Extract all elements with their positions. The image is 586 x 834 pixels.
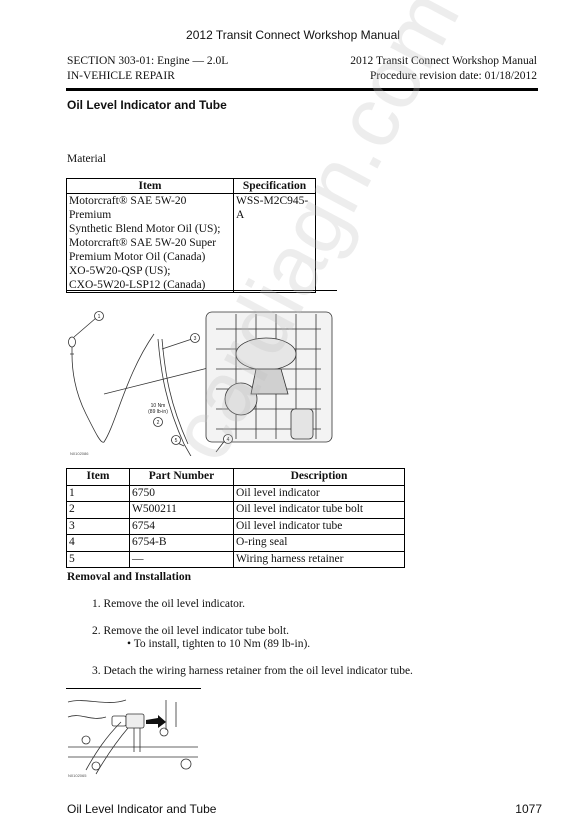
part-description: Oil level indicator (234, 485, 405, 502)
section-header: SECTION 303-01: Engine — 2.0L IN-VEHICLE… (67, 54, 228, 84)
item-number: 1 (67, 485, 130, 502)
table-row: 2 W500211 Oil level indicator tube bolt (67, 502, 405, 519)
table-header-row: Item Specification (67, 179, 316, 194)
item-number: 5 (67, 551, 130, 568)
material-item-line: Motorcraft® SAE 5W-20 Premium (69, 194, 231, 222)
figure-id: N0102065 (68, 773, 87, 778)
revision-date: Procedure revision date: 01/18/2012 (350, 69, 537, 84)
part-description: Wiring harness retainer (234, 551, 405, 568)
page-number: 1077 (515, 802, 542, 816)
material-table: Item Specification Motorcraft® SAE 5W-20… (66, 178, 316, 293)
material-item-line: XO-5W20-QSP (US); (69, 264, 231, 278)
step-3: 3. Detach the wiring harness retainer fr… (92, 665, 413, 677)
item-number: 2 (67, 502, 130, 519)
parts-table: Item Part Number Description 1 6750 Oil … (66, 468, 405, 568)
part-description: Oil level indicator tube (234, 518, 405, 535)
material-specification: WSS-M2C945-A (234, 194, 316, 293)
step-2: 2. Remove the oil level indicator tube b… (92, 625, 289, 637)
callout-1: 1 (98, 314, 101, 320)
item-number: 4 (67, 535, 130, 552)
step-1: 1. Remove the oil level indicator. (92, 598, 245, 610)
part-description: Oil level indicator tube bolt (234, 502, 405, 519)
column-header: Item (67, 469, 130, 486)
header-divider (66, 88, 538, 91)
table-row: 3 6754 Oil level indicator tube (67, 518, 405, 535)
table-row: 5 — Wiring harness retainer (67, 551, 405, 568)
torque-value-imperial: (89 lb-in) (148, 409, 168, 415)
step-2-note: • To install, tighten to 10 Nm (89 lb-in… (127, 638, 310, 650)
material-item: Motorcraft® SAE 5W-20 Premium Synthetic … (67, 194, 234, 293)
engine-oil-indicator-illustration: 1 2 3 4 5 10 Nm (89 lb-in) N0102086 (66, 294, 338, 456)
part-number: 6754 (130, 518, 234, 535)
figure-divider (66, 688, 201, 689)
part-number: — (130, 551, 234, 568)
callout-3: 3 (194, 336, 197, 342)
figure-divider (66, 290, 337, 291)
material-item-line: Motorcraft® SAE 5W-20 Super (69, 236, 231, 250)
part-description: O-ring seal (234, 535, 405, 552)
table-row: 1 6750 Oil level indicator (67, 485, 405, 502)
footer-title: Oil Level Indicator and Tube (67, 802, 216, 816)
part-number: 6750 (130, 485, 234, 502)
column-header: Description (234, 469, 405, 486)
removal-heading: Removal and Installation (67, 571, 191, 583)
material-item-line: Synthetic Blend Motor Oil (US); (69, 222, 231, 236)
callout-2: 2 (157, 420, 160, 426)
callout-4: 4 (227, 437, 230, 443)
wiring-retainer-illustration: N0102065 (66, 692, 202, 780)
section-name: SECTION 303-01: Engine — 2.0L (67, 54, 228, 69)
table-header-row: Item Part Number Description (67, 469, 405, 486)
part-number: W500211 (130, 502, 234, 519)
material-label: Material (67, 153, 106, 165)
item-number: 3 (67, 518, 130, 535)
table-row: 4 6754-B O-ring seal (67, 535, 405, 552)
manual-name: 2012 Transit Connect Workshop Manual (350, 54, 537, 69)
column-header: Part Number (130, 469, 234, 486)
part-number: 6754-B (130, 535, 234, 552)
column-header: Item (67, 179, 234, 194)
section-subheading: IN-VEHICLE REPAIR (67, 69, 228, 84)
callout-5: 5 (175, 438, 178, 444)
manual-header: 2012 Transit Connect Workshop Manual Pro… (350, 54, 537, 84)
procedure-title: Oil Level Indicator and Tube (67, 98, 227, 112)
figure-id: N0102086 (70, 451, 89, 456)
column-header: Specification (234, 179, 316, 194)
document-title: 2012 Transit Connect Workshop Manual (0, 28, 586, 42)
arrow-icon (146, 715, 166, 728)
material-item-line: Premium Motor Oil (Canada) (69, 250, 231, 264)
table-row: Motorcraft® SAE 5W-20 Premium Synthetic … (67, 194, 316, 293)
